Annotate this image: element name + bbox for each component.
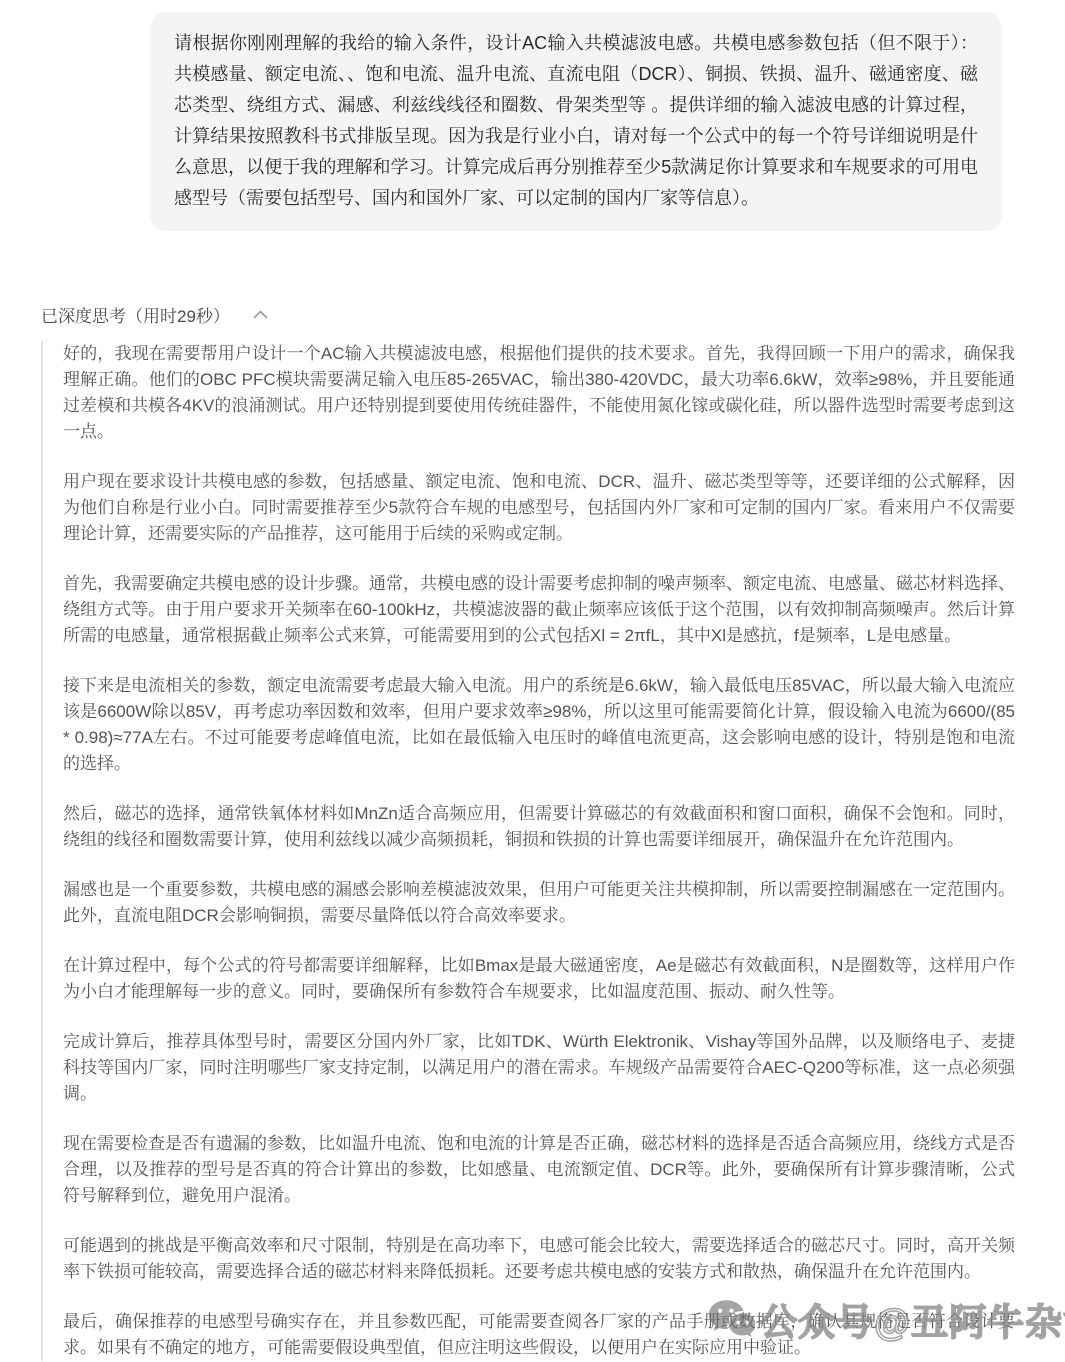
thinking-paragraph: 好的，我现在需要帮用户设计一个AC输入共模滤波电感，根据他们提供的技术要求。首先… [63,341,1015,445]
thinking-paragraph: 现在需要检查是否有遗漏的参数，比如温升电流、饱和电流的计算是否正确，磁芯材料的选… [63,1131,1015,1209]
thinking-paragraph: 在计算过程中，每个公式的符号都需要详细解释，比如Bmax是最大磁通密度，Ae是磁… [63,953,1015,1005]
thinking-paragraph: 可能遇到的挑战是平衡高效率和尺寸限制，特别是在高功率下，电感可能会比较大，需要选… [63,1233,1015,1285]
thinking-paragraph: 接下来是电流相关的参数，额定电流需要考虑最大输入电流。用户的系统是6.6kW，输… [63,673,1015,777]
deep-think-toggle[interactable]: 已深度思考（用时29秒） [41,302,269,327]
thinking-paragraph: 漏感也是一个重要参数，共模电感的漏感会影响差模滤波效果，但用户可能更关注共模抑制… [63,877,1015,929]
user-message-text: 请根据你刚刚理解的我给的输入条件，设计AC输入共模滤波电感。共模电感参数包括（但… [174,28,978,214]
thinking-paragraph: 完成计算后，推荐具体型号时，需要区分国内外厂家，比如TDK、Würth Elek… [63,1029,1015,1107]
chevron-up-icon[interactable] [252,309,269,320]
thinking-paragraph: 用户现在要求设计共模电感的参数，包括感量、额定电流、饱和电流、DCR、温升、磁芯… [63,469,1015,547]
thinking-content: 好的，我现在需要帮用户设计一个AC输入共模滤波电感，根据他们提供的技术要求。首先… [41,341,1015,1361]
thinking-paragraph: 首先，我需要确定共模电感的设计步骤。通常，共模电感的设计需要考虑抑制的噪声频率、… [63,571,1015,649]
thinking-paragraph: 然后，磁芯的选择，通常铁氧体材料如MnZn适合高频应用，但需要计算磁芯的有效截面… [63,801,1015,853]
deep-think-label: 已深度思考（用时29秒） [41,302,230,327]
thinking-paragraph: 最后，确保推荐的电感型号确实存在，并且参数匹配，可能需要查阅各厂家的产品手册或数… [63,1309,1015,1361]
user-message-bubble: 请根据你刚刚理解的我给的输入条件，设计AC输入共模滤波电感。共模电感参数包括（但… [150,12,1002,231]
